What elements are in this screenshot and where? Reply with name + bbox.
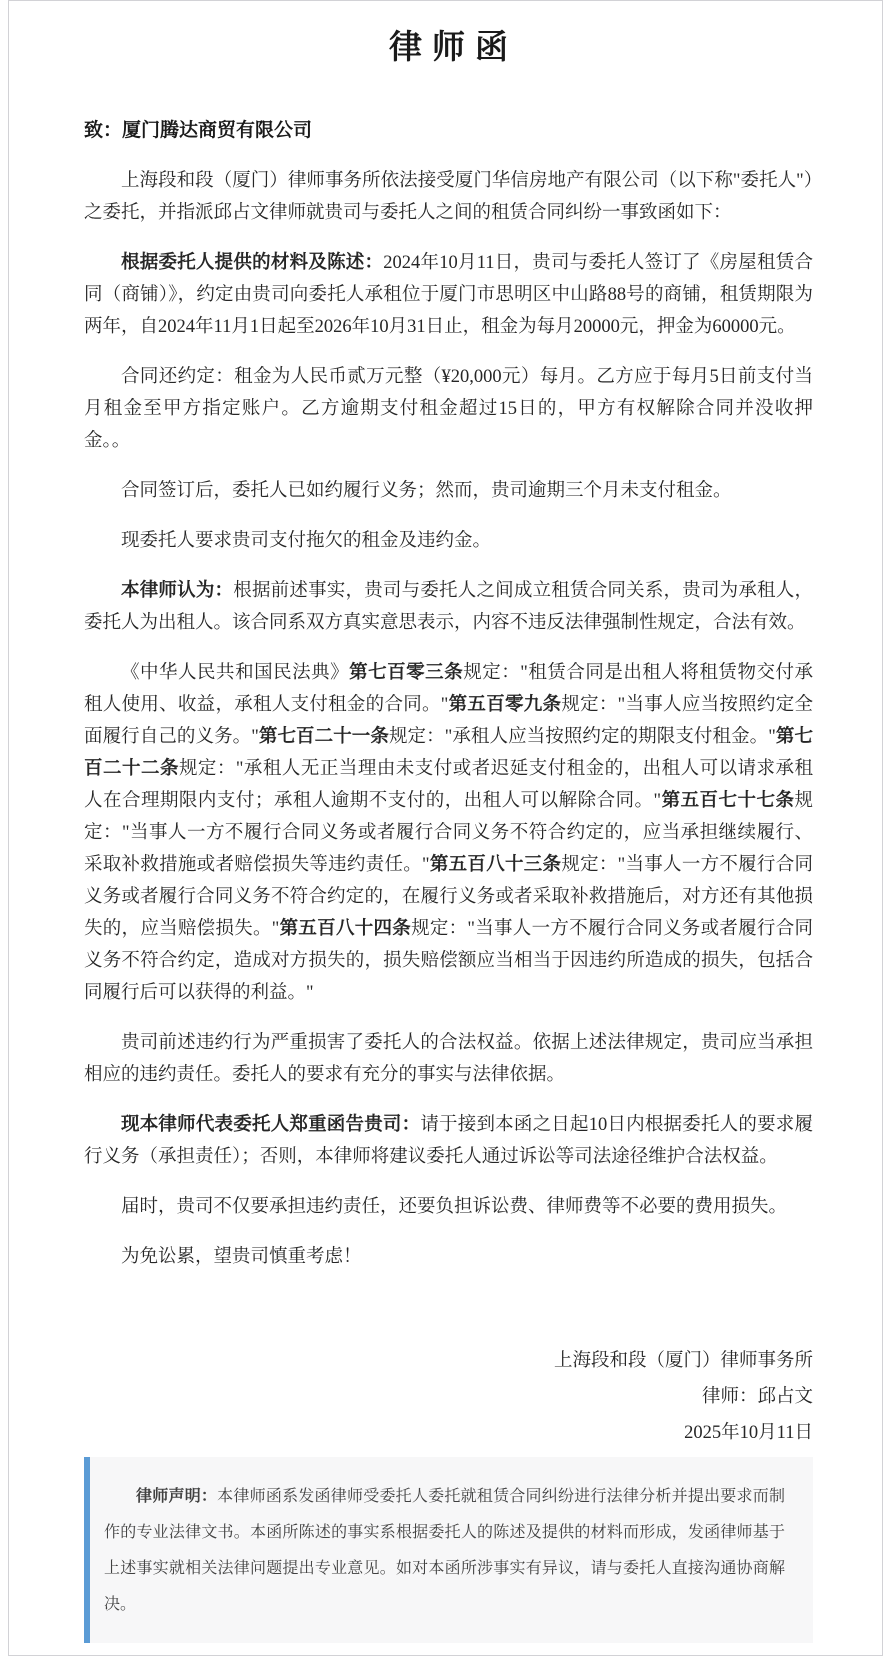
paragraph-5: 现委托人要求贵司支付拖欠的租金及违约金。 bbox=[84, 525, 813, 557]
paragraph-10: 届时，贵司不仅要承担违约责任，还要负担诉讼费、律师费等不必要的费用损失。 bbox=[84, 1191, 813, 1223]
paragraph-2: 根据委托人提供的材料及陈述：2024年10月11日，贵司与委托人签订了《房屋租赁… bbox=[84, 247, 813, 343]
disclaimer-lead: 律师声明： bbox=[136, 1488, 217, 1505]
document-title: 律师函 bbox=[84, 25, 813, 71]
paragraph-3: 合同还约定：租金为人民币贰万元整（¥20,000元）每月。乙方应于每月5日前支付… bbox=[84, 361, 813, 457]
paragraph-1: 上海段和段（厦门）律师事务所依法接受厦门华信房地产有限公司（以下称"委托人"）之… bbox=[84, 165, 813, 229]
paragraph-8: 贵司前述违约行为严重损害了委托人的合法权益。依据上述法律规定，贵司应当承担相应的… bbox=[84, 1027, 813, 1091]
paragraph-7: 《中华人民共和国民法典》第七百零三条规定："租赁合同是出租人将租赁物交付承租人使… bbox=[84, 657, 813, 1009]
disclaimer-body: 本律师函系发函律师受委托人委托就租赁合同纠纷进行法律分析并提出要求而制作的专业法… bbox=[104, 1488, 785, 1613]
paragraph-4: 合同签订后，委托人已如约履行义务；然而，贵司逾期三个月未支付租金。 bbox=[84, 475, 813, 507]
signature-lawyer: 律师：邱占文 bbox=[84, 1379, 813, 1415]
lawyer-disclaimer-box: 律师声明：本律师函系发函律师受委托人委托就租赁合同纠纷进行法律分析并提出要求而制… bbox=[84, 1457, 813, 1643]
paragraphs: 上海段和段（厦门）律师事务所依法接受厦门华信房地产有限公司（以下称"委托人"）之… bbox=[84, 165, 813, 1273]
paragraph-11: 为免讼累，望贵司慎重考虑！ bbox=[84, 1241, 813, 1273]
signature-block: 上海段和段（厦门）律师事务所 律师：邱占文 2025年10月11日 bbox=[84, 1343, 813, 1451]
paragraph-6: 本律师认为：根据前述事实，贵司与委托人之间成立租赁合同关系，贵司为承租人，委托人… bbox=[84, 575, 813, 639]
signature-date: 2025年10月11日 bbox=[84, 1415, 813, 1451]
letter-page: 律师函 致：厦门腾达商贸有限公司 上海段和段（厦门）律师事务所依法接受厦门华信房… bbox=[8, 0, 883, 1656]
signature-firm: 上海段和段（厦门）律师事务所 bbox=[84, 1343, 813, 1379]
disclaimer-text: 律师声明：本律师函系发函律师受委托人委托就租赁合同纠纷进行法律分析并提出要求而制… bbox=[104, 1479, 785, 1623]
paragraph-9: 现本律师代表委托人郑重函告贵司：请于接到本函之日起10日内根据委托人的要求履行义… bbox=[84, 1109, 813, 1173]
recipient-line: 致：厦门腾达商贸有限公司 bbox=[84, 115, 813, 147]
